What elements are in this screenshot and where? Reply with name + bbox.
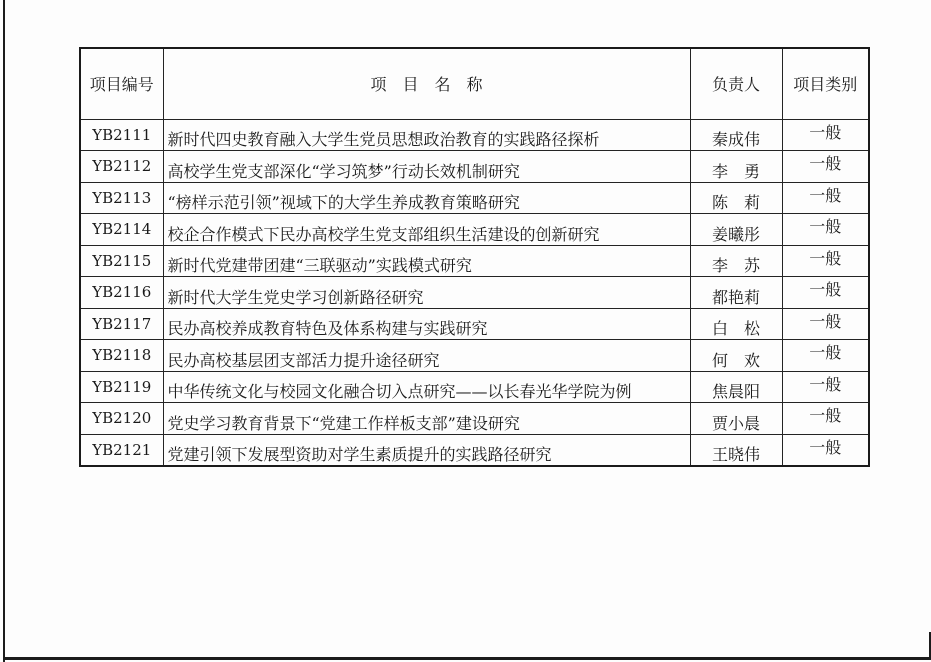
table-row: YB2121 党建引领下发展型资助对学生素质提升的实践路径研究 王晓伟 一般 — [80, 434, 869, 466]
project-code: YB2111 — [80, 119, 163, 151]
project-category: 一般 — [782, 119, 869, 151]
table-row: YB2116 新时代大学生党史学习创新路径研究 都艳莉 一般 — [80, 277, 869, 309]
table-row: YB2115 新时代党建带团建“三联驱动”实践模式研究 李 苏 一般 — [80, 245, 869, 277]
project-title: 党史学习教育背景下“党建工作样板支部”建设研究 — [163, 403, 690, 435]
project-title: 高校学生党支部深化“学习筑梦”行动长效机制研究 — [163, 151, 690, 183]
header-project-category: 项目类别 — [782, 48, 869, 119]
project-category: 一般 — [782, 151, 869, 183]
header-project-name: 项 目 名 称 — [163, 48, 690, 119]
project-code: YB2118 — [80, 340, 163, 372]
project-leader: 何 欢 — [690, 340, 782, 372]
project-code: YB2112 — [80, 151, 163, 183]
project-category: 一般 — [782, 403, 869, 435]
project-code: YB2115 — [80, 245, 163, 277]
table-row: YB2120 党史学习教育背景下“党建工作样板支部”建设研究 贾小晨 一般 — [80, 403, 869, 435]
project-code: YB2121 — [80, 434, 163, 466]
project-category: 一般 — [782, 182, 869, 214]
project-code: YB2117 — [80, 308, 163, 340]
project-leader: 焦晨阳 — [690, 371, 782, 403]
project-table: 项目编号 项 目 名 称 负责人 项目类别 YB2111 新时代四史教育融入大学… — [79, 47, 870, 467]
project-leader: 李 勇 — [690, 151, 782, 183]
table-row: YB2111 新时代四史教育融入大学生党员思想政治教育的实践路径探析 秦成伟 一… — [80, 119, 869, 151]
table-row: YB2113 “榜样示范引领”视域下的大学生养成教育策略研究 陈 莉 一般 — [80, 182, 869, 214]
project-title: 新时代大学生党史学习创新路径研究 — [163, 277, 690, 309]
project-title: 新时代四史教育融入大学生党员思想政治教育的实践路径探析 — [163, 119, 690, 151]
project-code: YB2113 — [80, 182, 163, 214]
project-category: 一般 — [782, 371, 869, 403]
table-row: YB2117 民办高校养成教育特色及体系构建与实践研究 白 松 一般 — [80, 308, 869, 340]
project-code: YB2119 — [80, 371, 163, 403]
project-title: 党建引领下发展型资助对学生素质提升的实践路径研究 — [163, 434, 690, 466]
project-leader: 姜曦彤 — [690, 214, 782, 246]
project-code: YB2116 — [80, 277, 163, 309]
scan-edge-left — [3, 0, 5, 662]
project-leader: 秦成伟 — [690, 119, 782, 151]
project-title: “榜样示范引领”视域下的大学生养成教育策略研究 — [163, 182, 690, 214]
project-title: 校企合作模式下民办高校学生党支部组织生活建设的创新研究 — [163, 214, 690, 246]
project-leader: 李 苏 — [690, 245, 782, 277]
project-category: 一般 — [782, 214, 869, 246]
project-leader: 陈 莉 — [690, 182, 782, 214]
project-leader: 贾小晨 — [690, 403, 782, 435]
project-title: 新时代党建带团建“三联驱动”实践模式研究 — [163, 245, 690, 277]
scan-edge-bottom — [3, 657, 931, 660]
table-row: YB2118 民办高校基层团支部活力提升途径研究 何 欢 一般 — [80, 340, 869, 372]
table-row: YB2112 高校学生党支部深化“学习筑梦”行动长效机制研究 李 勇 一般 — [80, 151, 869, 183]
project-title: 中华传统文化与校园文化融合切入点研究——以长春光华学院为例 — [163, 371, 690, 403]
project-title: 民办高校基层团支部活力提升途径研究 — [163, 340, 690, 372]
project-leader: 都艳莉 — [690, 277, 782, 309]
scanned-document-page: 项目编号 项 目 名 称 负责人 项目类别 YB2111 新时代四史教育融入大学… — [0, 0, 931, 662]
project-category: 一般 — [782, 277, 869, 309]
header-project-code: 项目编号 — [80, 48, 163, 119]
project-code: YB2114 — [80, 214, 163, 246]
project-code: YB2120 — [80, 403, 163, 435]
project-category: 一般 — [782, 340, 869, 372]
header-project-leader: 负责人 — [690, 48, 782, 119]
project-category: 一般 — [782, 434, 869, 466]
project-category: 一般 — [782, 308, 869, 340]
project-category: 一般 — [782, 245, 869, 277]
project-leader: 王晓伟 — [690, 434, 782, 466]
table-row: YB2114 校企合作模式下民办高校学生党支部组织生活建设的创新研究 姜曦彤 一… — [80, 214, 869, 246]
table-header-row: 项目编号 项 目 名 称 负责人 项目类别 — [80, 48, 869, 119]
table-row: YB2119 中华传统文化与校园文化融合切入点研究——以长春光华学院为例 焦晨阳… — [80, 371, 869, 403]
project-title: 民办高校养成教育特色及体系构建与实践研究 — [163, 308, 690, 340]
project-leader: 白 松 — [690, 308, 782, 340]
